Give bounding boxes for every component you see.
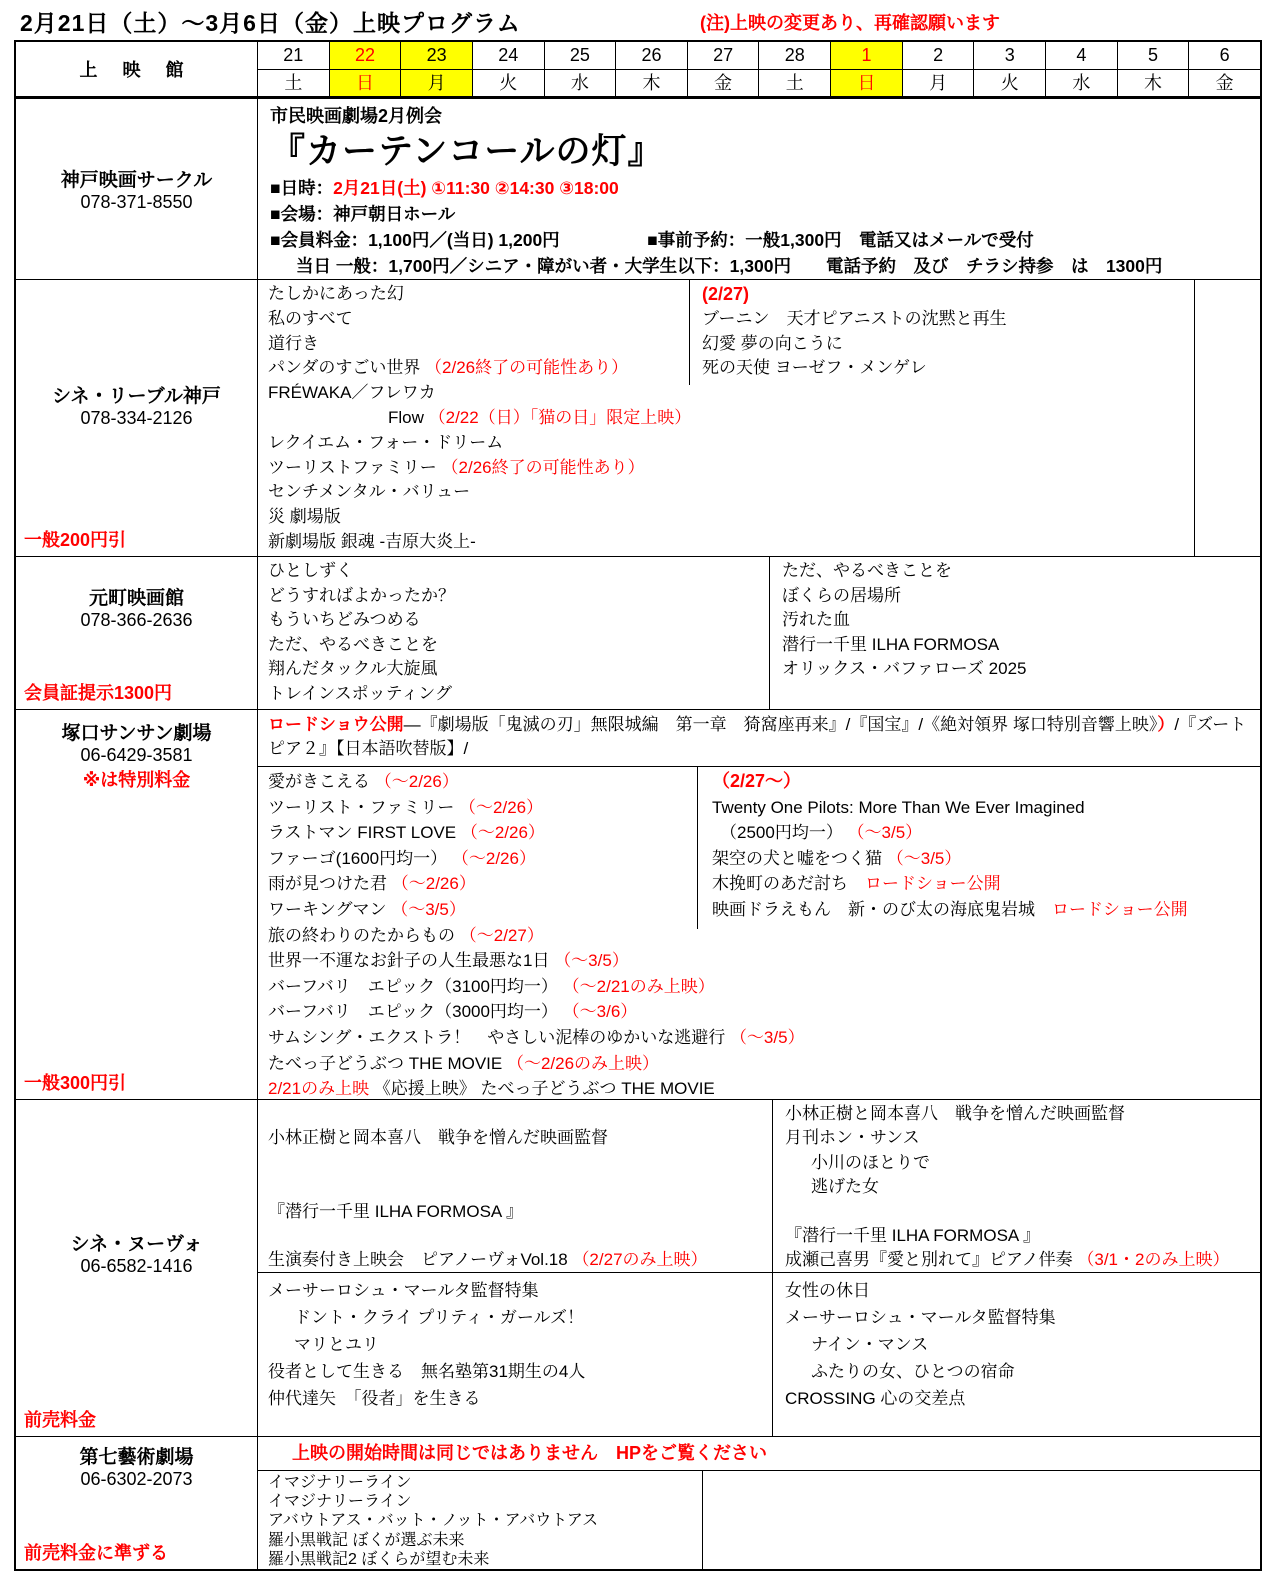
film-line: 羅小黒戦記 ぼくが選ぶ未来	[268, 1531, 702, 1550]
film-line: 成瀬己喜男『愛と別れて』ピアノ伴奏 （3/1・2のみ上映）	[785, 1248, 1260, 1272]
day-of-week: 水	[1046, 70, 1117, 96]
film-line: 死の天使 ヨーゼフ・メンゲレ	[702, 356, 1202, 381]
film-area: ロードショウ公開―『劇場版「鬼滅の刃」無限城編 第一章 猗窩座再来』/『国宝』/…	[258, 710, 1260, 1099]
film-line: メーサーロシュ・マールタ監督特集	[785, 1304, 1260, 1331]
theater-cell: 塚口サンサン劇場 06-6429-3581 ※は特別料金 一般300円引	[16, 710, 258, 1099]
event-details: ■日時：2月21日(土) ①11:30 ②14:30 ③18:00■会場：神戸朝…	[270, 175, 1260, 279]
theater-name: シネ・ヌーヴォ	[16, 1229, 257, 1256]
film-area: たしかにあった幻私のすべて道行きパンダのすごい世界 （2/26終了の可能性あり）…	[258, 280, 1260, 556]
film-line: 『潜行一千里 ILHA FORMOSA 』	[785, 1224, 1260, 1248]
day-of-week: 日	[831, 70, 902, 96]
theater-phone: 06-6302-2073	[16, 1469, 257, 1490]
film-line: ナイン・マンス	[785, 1331, 1260, 1358]
day-of-week: 日	[330, 70, 401, 96]
subrow-2: メーサーロシュ・マールタ監督特集ドント・クライ プリティ・ガールズ！マリとユリ役…	[258, 1273, 1260, 1436]
film-lists: イマジナリーラインイマジナリーラインアバウトアス・バット・ノット・アバウトアス羅…	[258, 1471, 1260, 1569]
film-line: バーフバリ エピック（3100円均一） （～2/21のみ上映）	[268, 974, 1260, 1000]
theater-name: シネ・リーブル神戸	[16, 381, 257, 408]
film-line: オリックス・バファローズ 2025	[782, 657, 1260, 682]
film-line: 小川のほとりで	[785, 1151, 1260, 1175]
date-column: 5木	[1118, 42, 1190, 96]
date-column: 23月	[401, 42, 473, 96]
film-list-left: 小林正樹と岡本喜八 戦争を憎んだ映画監督 『潜行一千里 ILHA FORMOSA…	[258, 1100, 773, 1272]
start-time-notice: 上映の開始時間は同じではありません HPをご覧ください	[258, 1437, 1260, 1471]
day-of-week: 水	[545, 70, 616, 96]
date-number: 1	[831, 42, 902, 70]
film-area: 小林正樹と岡本喜八 戦争を憎んだ映画監督 『潜行一千里 ILHA FORMOSA…	[258, 1100, 1260, 1436]
discount-badge: 一般300円引	[24, 1069, 126, 1095]
film-line: Twenty One Pilots: More Than We Ever Ima…	[712, 795, 1260, 821]
date-column: 6金	[1189, 42, 1260, 96]
film-line: ロードショウ公開―『劇場版「鬼滅の刃」無限城編 第一章 猗窩座再来』/『国宝』/…	[268, 713, 1250, 761]
date-column: 28土	[759, 42, 831, 96]
theater-phone: 06-6582-1416	[16, 1256, 257, 1277]
date-number: 24	[473, 42, 544, 70]
date-column: 24火	[473, 42, 545, 96]
film-list-from-227: （2/27～）Twenty One Pilots: More Than We E…	[697, 767, 1260, 929]
film-line	[268, 1224, 772, 1248]
section-cine-nouveau: シネ・ヌーヴォ 06-6582-1416 前売料金 小林正樹と岡本喜八 戦争を憎…	[16, 1099, 1260, 1436]
day-of-week: 月	[401, 70, 472, 96]
date-number: 23	[401, 42, 472, 70]
film-lists: 愛がきこえる （～2/26）ツーリスト・ファミリー （～2/26）ラストマン F…	[258, 767, 1260, 1099]
film-line: 当日 一般：1,700円／シニア・障がい者・大学生以下：1,300円 電話予約 …	[270, 253, 1260, 279]
film-line: 『潜行一千里 ILHA FORMOSA 』	[268, 1200, 772, 1224]
roadshow-line: ロードショウ公開―『劇場版「鬼滅の刃」無限城編 第一章 猗窩座再来』/『国宝』/…	[258, 710, 1260, 767]
film-line: 女性の休日	[785, 1277, 1260, 1304]
date-number: 28	[759, 42, 830, 70]
date-column: 2月	[903, 42, 975, 96]
film-line: 仲代達矢 「役者」を生きる	[268, 1385, 772, 1412]
special-price-note: ※は特別料金	[16, 766, 257, 792]
film-list-right: ただ、やるべきことをぼくらの居場所汚れた血潜行一千里 ILHA FORMOSAオ…	[770, 557, 1260, 709]
date-column: 1日	[831, 42, 903, 96]
section-tsukaguchi: 塚口サンサン劇場 06-6429-3581 ※は特別料金 一般300円引 ロード…	[16, 709, 1260, 1099]
discount-badge: 会員証提示1300円	[24, 679, 172, 705]
film-line: CROSSING 心の交差点	[785, 1385, 1260, 1412]
theater-column-header: 上 映 館	[16, 42, 258, 96]
film-line: 生演奏付き上映会 ピアノーヴォVol.18 （2/27のみ上映）	[268, 1248, 772, 1272]
date-number: 21	[258, 42, 329, 70]
subrow-1: 小林正樹と岡本喜八 戦争を憎んだ映画監督 『潜行一千里 ILHA FORMOSA…	[258, 1100, 1260, 1273]
film-line: ひとしずく	[268, 559, 769, 584]
film-line: (2/27)	[702, 282, 1202, 307]
film-line: 木挽町のあだ討ち ロードショー公開	[712, 871, 1260, 897]
theater-phone: 078-334-2126	[16, 408, 257, 429]
day-of-week: 火	[473, 70, 544, 96]
schedule-table: 上 映 館 21土22日23月24火25水26木27金28土1日2月3火4水5木…	[14, 40, 1262, 1571]
discount-badge: 前売料金に準ずる	[24, 1539, 168, 1565]
film-line: イマジナリーライン	[268, 1492, 702, 1511]
film-line: メーサーロシュ・マールタ監督特集	[268, 1277, 772, 1304]
film-line: ツーリストファミリー （2/26終了の可能性あり）	[268, 456, 1260, 481]
date-number: 25	[545, 42, 616, 70]
film-line: ただ、やるべきことを	[782, 559, 1260, 584]
date-number: 4	[1046, 42, 1117, 70]
film-line: 小林正樹と岡本喜八 戦争を憎んだ映画監督	[785, 1102, 1260, 1126]
discount-badge: 一般200円引	[24, 526, 126, 552]
section-motomachi: 元町映画館 078-366-2636 会員証提示1300円 ひとしずくどうすれば…	[16, 556, 1260, 709]
film-line: トレインスポッティング	[268, 682, 769, 707]
film-line: 役者として生きる 無名塾第31期生の4人	[268, 1358, 772, 1385]
empty-right-cell	[1194, 280, 1195, 556]
empty-right-cell	[703, 1471, 1260, 1569]
film-list: イマジナリーラインイマジナリーラインアバウトアス・バット・ノット・アバウトアス羅…	[258, 1471, 703, 1569]
film-list-left: ひとしずくどうすればよかったか？もういちどみつめるただ、やるべきことを翔んだタッ…	[258, 557, 770, 709]
film-line: 翔んだタックル大旋風	[268, 657, 769, 682]
film-line: たべっ子どうぶつ THE MOVIE （～2/26のみ上映）	[268, 1051, 1260, 1077]
date-column: 26木	[616, 42, 688, 96]
film-line: （2500円均一） （～3/5）	[712, 820, 1260, 846]
section-dainana-geijutsu: 第七藝術劇場 06-6302-2073 前売料金に準ずる 上映の開始時間は同じで…	[16, 1436, 1260, 1569]
film-list-left: メーサーロシュ・マールタ監督特集ドント・クライ プリティ・ガールズ！マリとユリ役…	[258, 1273, 773, 1436]
date-column: 27金	[688, 42, 760, 96]
day-of-week: 土	[258, 70, 329, 96]
film-line	[268, 1151, 772, 1175]
date-number: 5	[1118, 42, 1189, 70]
discount-badge: 前売料金	[24, 1406, 96, 1432]
day-of-week: 金	[688, 70, 759, 96]
theater-name: 神戸映画サークル	[16, 165, 257, 192]
film-line: ふたりの女、ひとつの宿命	[785, 1358, 1260, 1385]
film-line: 逃げた女	[785, 1175, 1260, 1199]
theater-phone: 078-371-8550	[16, 192, 257, 213]
film-list-from-227: (2/27)ブーニン 天才ピアニストの沈黙と再生幻愛 夢の向こうに死の天使 ヨー…	[689, 280, 1202, 385]
date-number: 6	[1189, 42, 1260, 70]
date-number: 26	[616, 42, 687, 70]
film-area: 上映の開始時間は同じではありません HPをご覧ください イマジナリーラインイマジ…	[258, 1437, 1260, 1569]
date-column: 21土	[258, 42, 330, 96]
day-of-week: 月	[903, 70, 974, 96]
page-title: 2月21日（土）～3月6日（金）上映プログラム	[20, 5, 521, 38]
film-line: ■会場：神戸朝日ホール	[270, 201, 1260, 227]
date-number: 27	[688, 42, 759, 70]
theater-name: 元町映画館	[16, 583, 257, 610]
date-columns: 21土22日23月24火25水26木27金28土1日2月3火4水5木6金	[258, 42, 1260, 96]
film-line: ■日時：2月21日(土) ①11:30 ②14:30 ③18:00	[270, 175, 1260, 201]
film-line: 幻愛 夢の向こうに	[702, 332, 1202, 357]
day-of-week: 火	[974, 70, 1045, 96]
event-heading: 市民映画劇場2月例会	[270, 103, 1260, 129]
film-line: もういちどみつめる	[268, 608, 769, 633]
film-line	[785, 1200, 1260, 1224]
schedule-sheet: 2月21日（土）～3月6日（金）上映プログラム (注)上映の変更あり、再確認願い…	[0, 0, 1272, 1572]
date-column: 25水	[545, 42, 617, 96]
day-of-week: 木	[616, 70, 687, 96]
date-column: 3火	[974, 42, 1046, 96]
film-line: Flow （2/22（日）「猫の日」限定上映）	[268, 406, 1260, 431]
film-line	[268, 1102, 772, 1126]
film-line: 世界一不運なお針子の人生最悪な1日 （～3/5）	[268, 948, 1260, 974]
film-line: ブーニン 天才ピアニストの沈黙と再生	[702, 307, 1202, 332]
film-line: アバウトアス・バット・ノット・アバウトアス	[268, 1511, 702, 1530]
film-line: 小林正樹と岡本喜八 戦争を憎んだ映画監督	[268, 1126, 772, 1150]
film-area: ひとしずくどうすればよかったか？もういちどみつめるただ、やるべきことを翔んだタッ…	[258, 557, 1260, 709]
film-line: マリとユリ	[268, 1331, 772, 1358]
event-block: 市民映画劇場2月例会 『カーテンコールの灯』 ■日時：2月21日(土) ①11:…	[258, 99, 1260, 279]
theater-name: 第七藝術劇場	[16, 1442, 257, 1469]
date-number: 2	[903, 42, 974, 70]
film-line: イマジナリーライン	[268, 1473, 702, 1492]
film-line: ただ、やるべきことを	[268, 633, 769, 658]
date-number: 3	[974, 42, 1045, 70]
theater-cell: シネ・ヌーヴォ 06-6582-1416 前売料金	[16, 1100, 258, 1436]
film-line: レクイエム・フォー・ドリーム	[268, 431, 1260, 456]
film-line: 羅小黒戦記2 ぼくらが望む未来	[268, 1550, 702, 1569]
theater-phone: 06-6429-3581	[16, 745, 257, 766]
event-title: 『カーテンコールの灯』	[270, 129, 1260, 175]
theater-cell: 元町映画館 078-366-2636 会員証提示1300円	[16, 557, 258, 709]
film-line: 汚れた血	[782, 608, 1260, 633]
film-line: ぼくらの居場所	[782, 584, 1260, 609]
theater-cell: 第七藝術劇場 06-6302-2073 前売料金に準ずる	[16, 1437, 258, 1569]
film-list-right: 女性の休日メーサーロシュ・マールタ監督特集ナイン・マンスふたりの女、ひとつの宿命…	[773, 1273, 1260, 1436]
film-line: 新劇場版 銀魂 -吉原大炎上-	[268, 530, 1260, 555]
film-line: どうすればよかったか？	[268, 584, 769, 609]
date-column: 4水	[1046, 42, 1118, 96]
film-line: サムシング・エクストラ！ やさしい泥棒のゆかいな逃避行 （～3/5）	[268, 1025, 1260, 1051]
theater-phone: 078-366-2636	[16, 610, 257, 631]
film-line: ■会員料金：1,100円／(当日) 1,200円 ■事前予約：一般1,300円 …	[270, 227, 1260, 253]
film-line: 月刊ホン・サンス	[785, 1126, 1260, 1150]
film-line: （2/27～）	[712, 769, 1260, 795]
film-line: バーフバリ エピック（3000円均一） （～3/6）	[268, 999, 1260, 1025]
film-line	[268, 1175, 772, 1199]
theater-cell: 神戸映画サークル 078-371-8550	[16, 99, 258, 279]
day-of-week: 木	[1118, 70, 1189, 96]
date-column: 22日	[330, 42, 402, 96]
film-line: 2/21のみ上映 《応援上映》 たべっ子どうぶつ THE MOVIE	[268, 1076, 1260, 1099]
date-number: 22	[330, 42, 401, 70]
day-of-week: 土	[759, 70, 830, 96]
section-cine-libre: シネ・リーブル神戸 078-334-2126 一般200円引 たしかにあった幻私…	[16, 279, 1260, 556]
film-line: センチメンタル・バリュー	[268, 480, 1260, 505]
theater-name: 塚口サンサン劇場	[16, 718, 257, 745]
film-line: 災 劇場版	[268, 505, 1260, 530]
film-line: 映画ドラえもん 新・のび太の海底鬼岩城 ロードショー公開	[712, 897, 1260, 923]
change-note: (注)上映の変更あり、再確認願います	[700, 9, 1000, 35]
date-header-row: 上 映 館 21土22日23月24火25水26木27金28土1日2月3火4水5木…	[16, 42, 1260, 98]
film-list-right: 小林正樹と岡本喜八 戦争を憎んだ映画監督月刊ホン・サンス小川のほとりで逃げた女 …	[773, 1100, 1260, 1272]
section-kobe-eiga-circle: 神戸映画サークル 078-371-8550 市民映画劇場2月例会 『カーテンコー…	[16, 98, 1260, 279]
film-line: 潜行一千里 ILHA FORMOSA	[782, 633, 1260, 658]
film-line: ドント・クライ プリティ・ガールズ！	[268, 1304, 772, 1331]
film-line: 架空の犬と嘘をつく猫 （～3/5）	[712, 846, 1260, 872]
theater-cell: シネ・リーブル神戸 078-334-2126 一般200円引	[16, 280, 258, 556]
day-of-week: 金	[1189, 70, 1260, 96]
